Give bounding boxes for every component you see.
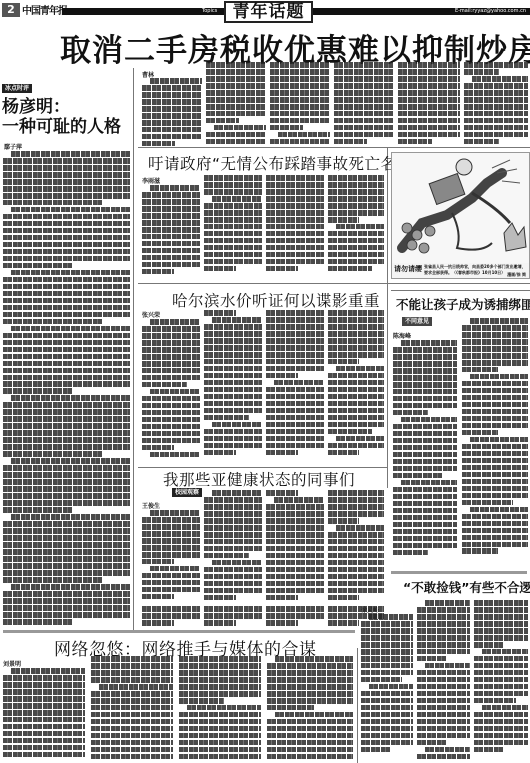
- section-divider: [391, 290, 530, 291]
- section-divider: [3, 630, 355, 633]
- page-number: 2: [2, 3, 20, 17]
- article-body-col4: [328, 310, 384, 464]
- right-story2-col2: [417, 600, 470, 763]
- lead-body-col3: [270, 62, 330, 146]
- article-body-col3: [266, 175, 324, 280]
- section-label: 校园观察: [172, 488, 202, 497]
- article-body-col2: [204, 310, 262, 464]
- article-body-col4: [267, 656, 353, 763]
- article-body-col1: [3, 668, 85, 763]
- right-story1-byline: 陈海峰: [393, 331, 411, 340]
- article-tail: [266, 606, 324, 626]
- article-body-col2: [91, 656, 173, 763]
- left-headline-line2: 一种可耻的人格: [2, 117, 121, 138]
- article-body-col1: [142, 510, 200, 602]
- section-divider: [138, 283, 530, 284]
- cartoon-illustration-icon: [392, 153, 530, 263]
- article-body-col1: [142, 185, 200, 280]
- lead-body-col6: [464, 62, 528, 146]
- editor-bar: 本版编辑/李 洁 Tel:010-64098071 E-mail:ryyaz@y…: [313, 8, 530, 15]
- article-body-col3: [266, 490, 324, 602]
- column-rule: [387, 148, 388, 488]
- article-byline: 刘景明: [3, 659, 21, 668]
- article-headline: 哈尔滨水价听证何以谍影重重: [172, 289, 380, 311]
- cartoon-title: 请勿请缨: [394, 264, 422, 274]
- article-body-col1: [142, 319, 200, 464]
- article-body-col4: [328, 490, 384, 602]
- right-story2-col1: [361, 614, 413, 763]
- right-story1-col1: [393, 340, 457, 560]
- right-story1-col2: [462, 318, 528, 560]
- column-rule: [357, 648, 358, 763]
- article-tail: [204, 606, 262, 626]
- date-bar: 2009年10月11日 星期日: [62, 8, 225, 15]
- article-tail: [328, 606, 384, 626]
- section-divider: [138, 147, 530, 148]
- editorial-cartoon: 请勿请缨 张雀县人民一抗日统帅官，向县委20多个部门发出邀请，要求全部获得。（《…: [391, 152, 530, 279]
- topics-label: Topics: [202, 8, 217, 15]
- section-divider: [391, 571, 527, 574]
- left-headline-line1: 杨彦明：: [2, 97, 70, 118]
- article-body-col3: [266, 310, 324, 464]
- left-article-body: [3, 151, 130, 631]
- newspaper-logo: 中国青年报: [22, 2, 67, 17]
- right-story2-headline: “不敢捡钱”有些不合逻辑: [403, 578, 530, 596]
- right-story1-headline: 不能让孩子成为诱捕绑匪的诱饵: [396, 295, 530, 313]
- article-body-col2: [204, 175, 262, 280]
- article-headline: 吁请政府“无情公布踩踏事故死亡名单”: [148, 152, 421, 174]
- article-byline: 王俊生: [142, 501, 160, 510]
- article-tail: [142, 606, 200, 626]
- right-story2-col3: [474, 600, 528, 763]
- article-byline: 张兴荣: [142, 310, 160, 319]
- article-body-col4: [328, 175, 384, 280]
- lead-body-col1: [142, 78, 202, 146]
- section-label: 冰点时评: [2, 84, 32, 93]
- article-headline: 我那些亚健康状态的同事们: [163, 468, 355, 490]
- section-label: 不同意见: [402, 317, 432, 326]
- section-title: 青年话题: [224, 1, 313, 23]
- lead-body-col4: [334, 62, 394, 146]
- column-rule: [133, 68, 134, 633]
- editor-email: E-mail:ryyaz@yahoo.com.cn: [455, 8, 526, 15]
- article-body-col2: [204, 490, 262, 602]
- cartoon-credit: 漫画/徐 简: [507, 271, 526, 278]
- lead-body-col5: [398, 62, 460, 146]
- article-byline: 李雨滋: [142, 176, 160, 185]
- lead-body-col2: [206, 62, 266, 146]
- article-body-col3: [179, 656, 261, 763]
- left-byline: 鄢子萍: [4, 142, 22, 151]
